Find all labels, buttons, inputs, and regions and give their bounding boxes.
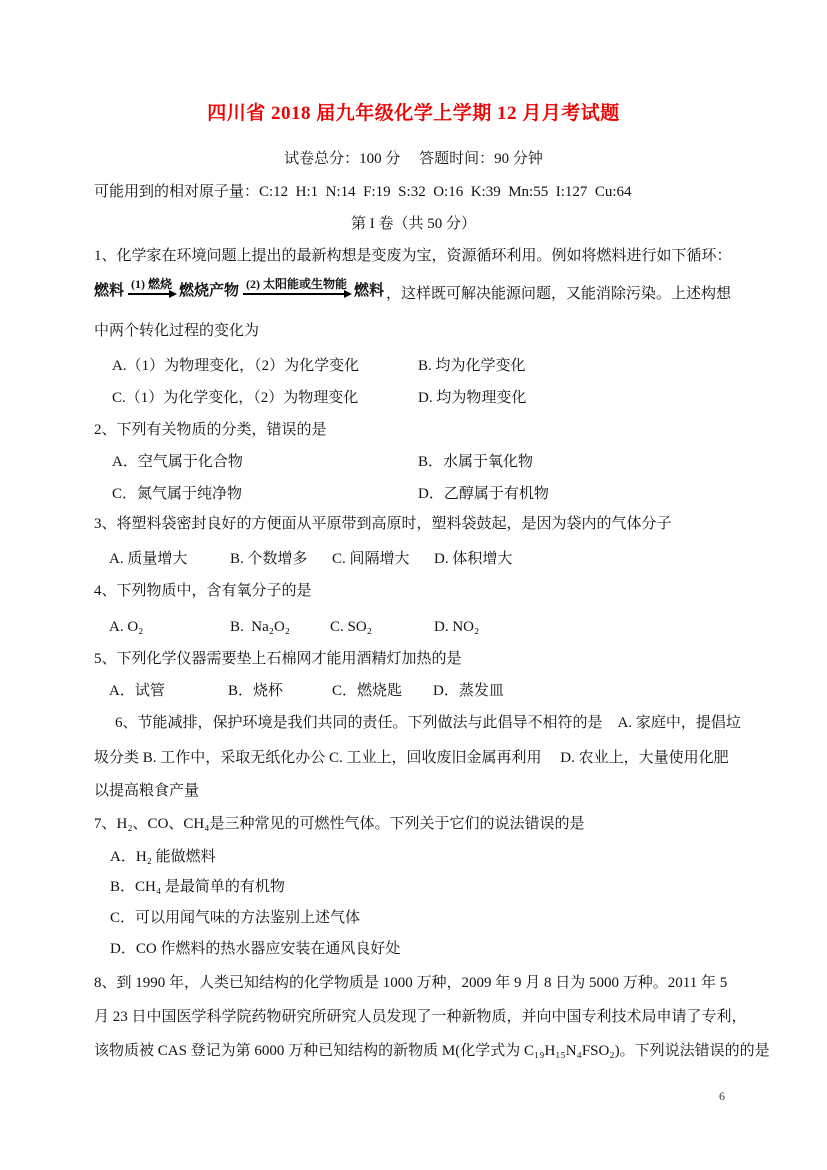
- q3-stem: 3、将塑料袋密封良好的方便面从平原带到高原时，塑料袋鼓起，是因为袋内的气体分子: [94, 514, 672, 534]
- q1-diagram-after-text: ，这样既可解决能源问题，又能消除污染。上述构想: [386, 282, 731, 303]
- q5-option-b: B．烧杯: [228, 681, 283, 701]
- q1-option-a: A.（1）为物理变化，（2）为化学变化: [112, 356, 359, 376]
- exam-meta: 试卷总分：100 分 答题时间：90 分钟: [0, 149, 827, 169]
- q4-option-b: B. Na₂O₂: [230, 617, 290, 637]
- page-number: 6: [719, 1086, 725, 1106]
- q4-option-c: C. SO₂: [330, 617, 372, 637]
- q4-option-a: A. O₂: [109, 617, 143, 637]
- q7-option-c: C．可以用闻气味的方法鉴别上述气体: [110, 908, 360, 928]
- q5-option-c: C．燃烧匙: [332, 681, 402, 701]
- q1-option-b: B. 均为化学变化: [418, 356, 526, 376]
- diagram-node-products: 燃烧产物: [179, 279, 239, 303]
- q8-line-3: 该物质被 CAS 登记为第 6000 万种已知结构的新物质 M(化学式为 C₁₉…: [94, 1041, 770, 1061]
- q8-line-1: 8、到 1990 年，人类已知结构的化学物质是 1000 万种，2009 年 9…: [94, 973, 727, 993]
- q3-option-c: C. 间隔增大: [332, 549, 410, 569]
- q1-fuel-cycle-diagram: 燃料 (1) 燃烧 燃烧产物 (2) 太阳能或生物能 燃料 ，这样既可解决能源问…: [94, 277, 731, 303]
- diagram-arrow-2-label: (2) 太阳能或生物能: [243, 277, 350, 291]
- section-heading: 第 I 卷（共 50 分）: [0, 214, 827, 234]
- q2-option-b: B．水属于氧化物: [418, 452, 533, 472]
- q7-option-b: B．CH₄ 是最简单的有机物: [110, 877, 285, 897]
- q1-stem-continued: 中两个转化过程的变化为: [94, 321, 259, 341]
- q6-line-2: 圾分类 B. 工作中，采取无纸化办公 C. 工业上，回收废旧金属再利用 D. 农…: [94, 748, 729, 768]
- q2-stem: 2、下列有关物质的分类，错误的是: [94, 420, 327, 440]
- q1-stem: 1、化学家在环境问题上提出的最新构想是变废为宝，资源循环利用。例如将燃料进行如下…: [94, 246, 732, 266]
- q4-option-d: D. NO₂: [434, 617, 479, 637]
- arrow-right-icon: [243, 293, 350, 295]
- q3-option-d: D. 体积增大: [434, 549, 512, 569]
- q1-option-c: C.（1）为化学变化，（2）为物理变化: [112, 388, 358, 408]
- q7-stem: 7、H₂、CO、CH₄是三种常见的可燃性气体。下列关于它们的说法错误的是: [94, 814, 584, 834]
- q2-option-a: A．空气属于化合物: [112, 452, 243, 472]
- atomic-mass-note: 可能用到的相对原子量：C:12 H:1 N:14 F:19 S:32 O:16 …: [94, 182, 632, 202]
- q6-line-1: 6、节能减排，保护环境是我们共同的责任。下列做法与此倡导不相符的是 A. 家庭中…: [115, 713, 741, 733]
- q3-option-b: B. 个数增多: [230, 549, 308, 569]
- q5-stem: 5、下列化学仪器需要垫上石棉网才能用酒精灯加热的是: [94, 649, 462, 669]
- diagram-node-fuel-2: 燃料: [354, 279, 384, 303]
- q6-line-3: 以提高粮食产量: [94, 781, 199, 801]
- q2-option-c: C．氮气属于纯净物: [112, 484, 242, 504]
- diagram-node-fuel: 燃料: [94, 279, 124, 303]
- exam-paper-page: 四川省 2018 届九年级化学上学期 12 月月考试题 试卷总分：100 分 答…: [0, 0, 827, 1170]
- q8-line-2: 月 23 日中国医学科学院药物研究所研究人员发现了一种新物质，并向中国专利技术局…: [94, 1007, 747, 1027]
- q2-option-d: D．乙醇属于有机物: [418, 484, 549, 504]
- q1-option-d: D. 均为物理变化: [418, 388, 526, 408]
- arrow-right-icon: [128, 293, 175, 295]
- q7-option-d: D．CO 作燃料的热水器应安装在通风良好处: [110, 939, 400, 959]
- page-title: 四川省 2018 届九年级化学上学期 12 月月考试题: [0, 104, 827, 124]
- q5-option-d: D．蒸发皿: [433, 681, 504, 701]
- diagram-arrow-1-label: (1) 燃烧: [128, 277, 175, 291]
- q3-option-a: A. 质量增大: [109, 549, 187, 569]
- q5-option-a: A．试管: [109, 681, 165, 701]
- diagram-arrow-1: (1) 燃烧: [128, 277, 175, 303]
- diagram-arrow-2: (2) 太阳能或生物能: [243, 277, 350, 303]
- q7-option-a: A．H₂ 能做燃料: [110, 847, 216, 867]
- q4-stem: 4、下列物质中，含有氧分子的是: [94, 581, 312, 601]
